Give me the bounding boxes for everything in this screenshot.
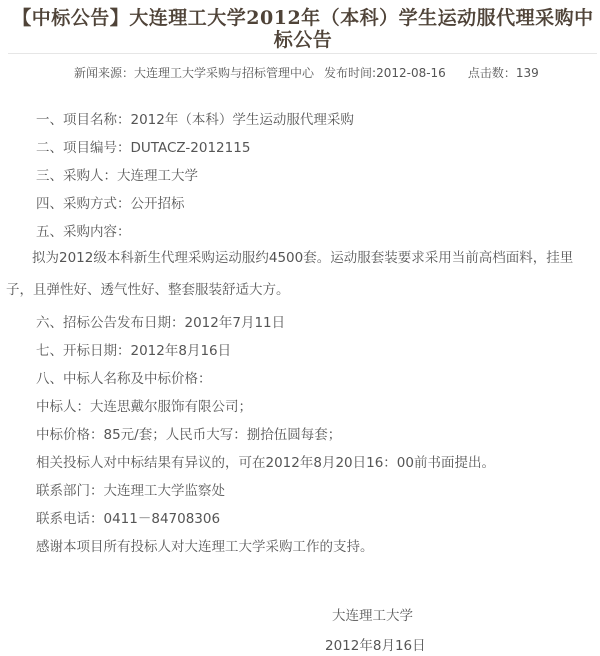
- signature-date: 2012年8月16日: [325, 634, 426, 654]
- objection-notice: 相关投标人对中标结果有异议的，可在2012年8月20日16：00前书面提出。: [36, 454, 495, 472]
- published-label: 发布时间:: [324, 66, 376, 80]
- procurement-content: 拟为2012级本科新生代理采购运动服约4500套。运动服套装要求采用当前高档面料…: [6, 242, 598, 306]
- signature-org: 大连理工大学: [332, 604, 413, 624]
- contact-department: 联系部门：大连理工大学监察处: [36, 482, 225, 500]
- bid-opening-date: 七、开标日期：2012年8月16日: [36, 342, 231, 360]
- thanks-note: 感谢本项目所有投标人对大连理工大学采购工作的支持。: [36, 538, 374, 556]
- winner-heading: 八、中标人名称及中标价格：: [36, 370, 212, 388]
- winning-bidder: 中标人：大连思戴尔服饰有限公司；: [36, 398, 252, 416]
- project-name: 一、项目名称：2012年（本科）学生运动服代理采购: [36, 111, 354, 129]
- title-divider: [8, 53, 597, 54]
- news-source: 大连理工大学采购与招标管理中心: [134, 66, 314, 80]
- tender-notice-date: 六、招标公告发布日期：2012年7月11日: [36, 314, 285, 332]
- procurement-method: 四、采购方式：公开招标: [36, 195, 185, 213]
- winning-price: 中标价格：85元/套；人民币大写：捌拾伍圆每套；: [36, 426, 341, 444]
- procurement-content-heading: 五、采购内容：: [36, 223, 131, 241]
- article-title: 【中标公告】大连理工大学2012年（本科）学生运动服代理采购中标公告: [8, 7, 598, 51]
- click-count: 139: [516, 66, 539, 80]
- contact-phone: 联系电话：0411－84708306: [36, 510, 220, 528]
- published-date: 2012-08-16: [376, 66, 446, 80]
- source-label: 新闻来源：: [74, 66, 134, 80]
- purchaser: 三、采购人：大连理工大学: [36, 167, 198, 185]
- clicks-label: 点击数：: [468, 66, 516, 80]
- project-number: 二、项目编号：DUTACZ-2012115: [36, 139, 250, 157]
